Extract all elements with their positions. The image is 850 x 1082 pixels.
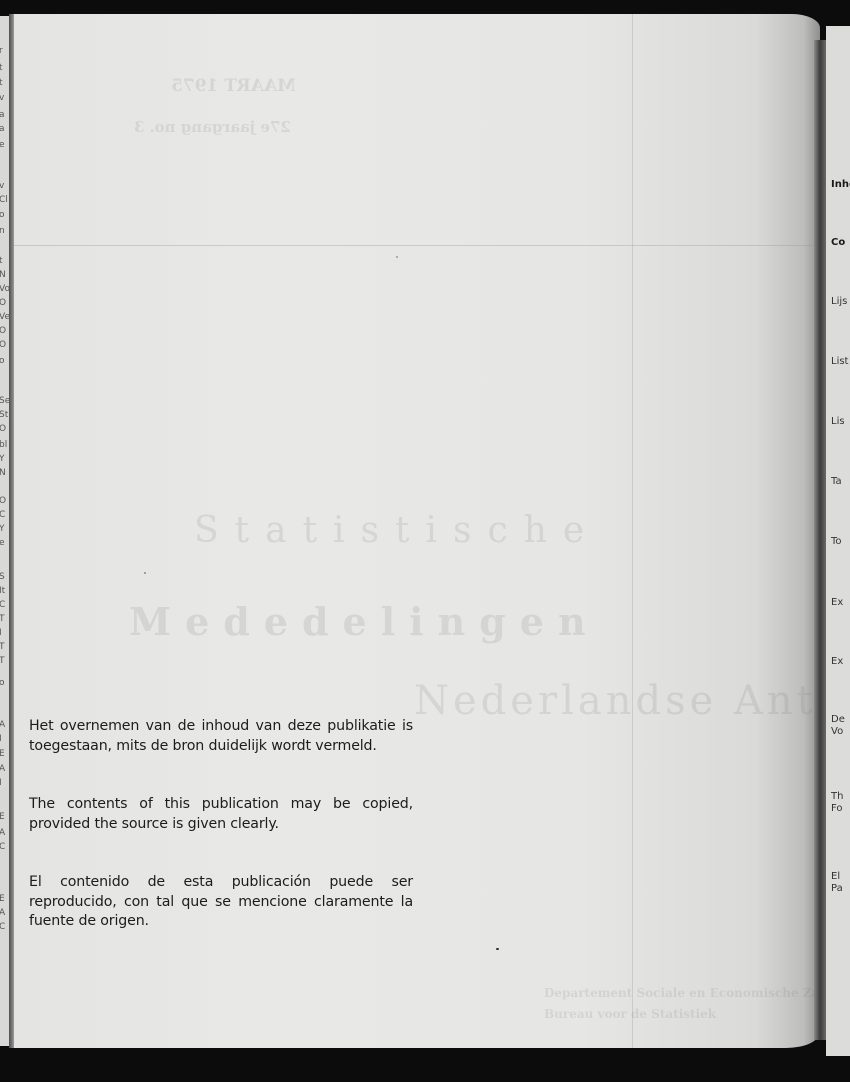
previous-page-fragment: A [0,720,5,730]
previous-page-fragment: O [0,298,6,308]
previous-page-fragment: A [0,764,5,774]
previous-page-fragment: t [0,78,3,88]
show-through-title-1: Statistische [194,510,600,551]
previous-page-fragment: Y [0,454,5,464]
next-page-fragment: Ex [831,597,843,609]
previous-page-fragment: T [0,614,5,624]
show-through-title-3: Nederlandse Antillen [414,678,820,724]
copyright-notice: Het overnemen van de inhoud van deze pub… [29,717,413,971]
previous-page-fragment: a [0,110,5,120]
ink-speck [396,256,398,258]
previous-page-fragment: C [0,842,5,852]
previous-page-fragment: A [0,828,5,838]
previous-page-fragment: E [0,894,5,904]
previous-page-fragment: o [0,210,5,220]
previous-page-fragment: N [0,270,6,280]
previous-page-fragment: O [0,424,6,434]
next-page-fragment: Pa [831,883,843,895]
ink-speck [496,948,499,950]
previous-page-fragment: e [0,538,5,548]
previous-page-fragment: t [0,63,3,73]
previous-page-fragment: n [0,226,5,236]
next-page-fragment: Lis [831,416,845,428]
book-gutter [814,40,826,1040]
previous-page-fragment: a [0,124,5,134]
previous-page-fragment: I [0,778,2,788]
previous-page-fragment: It [0,586,5,596]
next-page-fragment: El [831,871,840,883]
copyright-english: The contents of this publication may be … [29,795,413,834]
previous-page-fragment: O [0,326,6,336]
next-page-fragment: Inho [831,179,850,191]
previous-page-fragment: Y [0,524,5,534]
next-page-fragment: Vo [831,726,843,738]
previous-page-fragment: C [0,600,5,610]
next-page-fragment: Ta [831,476,842,488]
next-page-fragment: Co [831,237,845,249]
document-page: MAART 1975 27e jaargang no. 3 Statistisc… [14,14,820,1048]
previous-page-edge: rttvaaevClontNVoOVeOOoSeStOblYNOCYeSItCT… [0,16,9,1046]
previous-page-fragment: I [0,628,2,638]
previous-page-fragment: A [0,908,5,918]
show-through-publisher-2: Bureau voor de Statistiek [544,1007,716,1021]
previous-page-fragment: St [0,410,8,420]
previous-page-fragment: e [0,140,5,150]
next-page-edge: InhoCoLijsListLisTaToExExDeVoThFoElPa [826,26,850,1056]
previous-page-fragment: Vo [0,284,9,294]
scanned-spread: rttvaaevClontNVoOVeOOoSeStOblYNOCYeSItCT… [0,0,850,1082]
previous-page-fragment: T [0,642,5,652]
previous-page-fragment: o [0,356,5,366]
next-page-fragment: To [831,536,842,548]
previous-page-fragment: N [0,468,6,478]
vertical-fold-line [632,14,633,1048]
previous-page-fragment: bl [0,440,7,450]
next-page-fragment: Lijs [831,296,847,308]
show-through-volume: 27e jaargang no. 3 [134,118,291,136]
copyright-spanish: El contenido de esta publicación puede s… [29,873,413,932]
previous-page-fragment: C [0,510,5,520]
next-page-fragment: Th [831,791,843,803]
previous-page-fragment: o [0,678,5,688]
previous-page-fragment: T [0,656,5,666]
show-through-date: MAART 1975 [171,76,296,96]
previous-page-fragment: E [0,812,5,822]
previous-page-fragment: I [0,734,2,744]
previous-page-fragment: O [0,340,6,350]
previous-page-fragment: E [0,749,5,759]
ink-speck [144,572,146,574]
previous-page-fragment: Se [0,396,9,406]
show-through-publisher-1: Departement Sociale en Economische Zaken [544,986,820,1000]
horizontal-fold-line [14,245,820,246]
previous-page-fragment: S [0,572,5,582]
previous-page-fragment: v [0,181,4,191]
previous-page-fragment: t [0,256,3,266]
next-page-fragment: Ex [831,656,843,668]
previous-page-fragment: C [0,922,5,932]
show-through-title-2: Mededelingen [129,599,600,644]
previous-page-fragment: Ve [0,312,9,322]
next-page-fragment: De [831,714,845,726]
previous-page-fragment: Cl [0,195,8,205]
copyright-dutch: Het overnemen van de inhoud van deze pub… [29,717,413,756]
previous-page-fragment: v [0,93,4,103]
previous-page-fragment: O [0,496,6,506]
next-page-fragment: Fo [831,803,843,815]
next-page-fragment: List [831,356,848,368]
previous-page-fragment: r [0,46,3,56]
